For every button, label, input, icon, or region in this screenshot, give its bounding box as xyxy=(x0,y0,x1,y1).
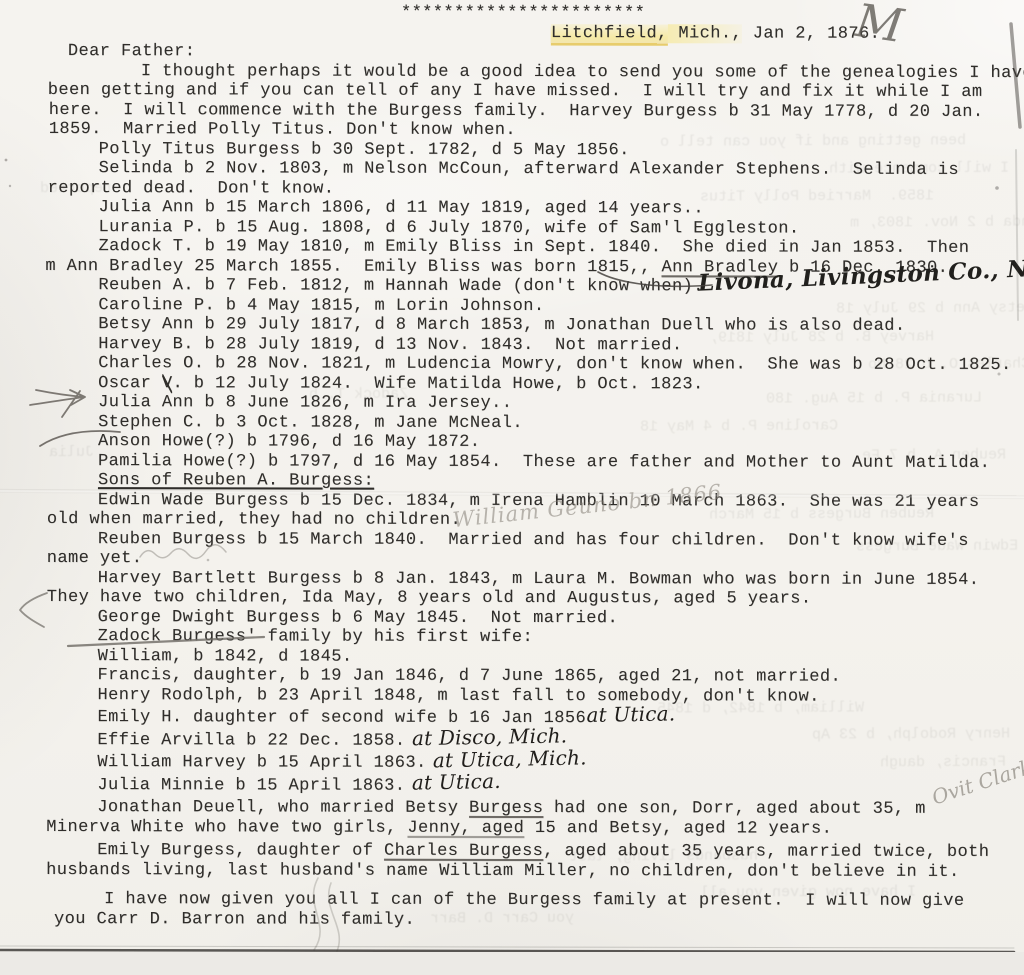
letter-line: William Harvey b 15 April 1863. at Utica… xyxy=(44,750,1023,775)
highlighted-text: Mich., xyxy=(668,24,742,43)
scan-bottom-edge-soft xyxy=(0,946,1014,948)
scan-speck xyxy=(9,185,11,187)
letter-line: William, b 1842, d 1845. xyxy=(45,646,1024,668)
dateline: Litchfield, Mich., Jan 2, 1876. xyxy=(46,22,1024,44)
text-segment: I have now given you all I can of the Bu… xyxy=(104,890,964,911)
letter-line: Harvey B. b 28 July 1819, d 13 Nov. 1843… xyxy=(45,334,1024,356)
letter-line: Francis, daughter, b 19 Jan 1846, d 7 Ju… xyxy=(45,666,1024,688)
letter-line: husbands living, last husband's name Wil… xyxy=(44,860,1023,882)
letter-line: Jonathan Deuell, who married Betsy Burge… xyxy=(44,798,1023,820)
salutation: Dear Father: xyxy=(46,42,1024,64)
letter-line: name yet. xyxy=(45,549,1024,571)
text-segment: Julia Ann b 15 March 1806, d 11 May 1819… xyxy=(99,198,704,218)
scanned-letter-page: been getting and if you can tell ohere. … xyxy=(0,0,1024,975)
text-segment: husbands living, last husband's name Wil… xyxy=(46,860,960,881)
letter-line: Lurania P. b 15 Aug. 1808, d 6 July 1870… xyxy=(45,217,1024,239)
text-segment: Zadock T. b 19 May 1810, m Emily Bliss i… xyxy=(98,237,969,258)
letter-line: Selinda b 2 Nov. 1803, m Nelson McCoun, … xyxy=(46,159,1024,181)
letter-line: reported dead. Don't know. xyxy=(46,178,1024,200)
handwritten-note: at Utica, Mich. xyxy=(426,748,587,771)
scanner-background xyxy=(0,952,1024,975)
handwritten-note: at Disco, Mich. xyxy=(405,726,567,749)
letter-line: Harvey Bartlett Burgess b 8 Jan. 1843, m… xyxy=(45,568,1024,590)
letter-line: They have two children, Ida May, 8 years… xyxy=(45,588,1024,610)
text-segment: m Ann Bradley 25 March 1855. Emily Bliss… xyxy=(45,256,661,276)
text-segment: Polly Titus Burgess b 30 Sept. 1782, d 5… xyxy=(99,140,630,160)
text-segment: I thought perhaps it would be a good ide… xyxy=(141,62,1024,83)
pencil-underlined-text: Charles Burgess xyxy=(384,842,543,861)
struck-letter: V xyxy=(162,374,173,393)
letter-line: George Dwight Burgess b 6 May 1845. Not … xyxy=(45,607,1024,629)
text-segment: *********************** xyxy=(401,4,645,24)
text-segment: Charles O. b 28 Nov. 1821, m Ludencia Mo… xyxy=(98,354,1012,375)
text-segment: Jan 2, 1876. xyxy=(742,24,880,43)
letter-line: Oscar V. b 12 July 1824. Wife Matilda Ho… xyxy=(45,373,1024,395)
text-segment: William Harvey b 15 April 1863. xyxy=(97,753,426,773)
letter-body: ***********************Litchfield, Mich.… xyxy=(44,3,1024,931)
text-segment: 15 and Betsy, aged 12 years. xyxy=(524,818,832,838)
letter-line: 1859. Married Polly Titus. Don't know wh… xyxy=(46,120,1024,142)
section-heading: Zadock Burgess' family by his first wife… xyxy=(45,627,1024,649)
letter-line: Henry Rodolph, b 23 April 1848, m last f… xyxy=(45,685,1024,707)
letter-line: Stephen C. b 3 Oct. 1828, m Jane McNeal. xyxy=(45,412,1024,434)
letter-line: Julia Minnie b 15 April 1863. at Utica. xyxy=(44,772,1023,797)
letter-line: I thought perhaps it would be a good ide… xyxy=(46,61,1024,83)
text-segment: Dear Father: xyxy=(68,42,196,61)
letter-line: Reuben Burgess b 15 March 1840. Married … xyxy=(45,529,1024,551)
text-segment: Emily Burgess, daughter of xyxy=(97,841,384,861)
section-heading: Sons of Reuben A. Burgess: xyxy=(45,471,1024,493)
letter-line: Caroline P. b 4 May 1815, m Lorin Johnso… xyxy=(45,295,1024,317)
text-segment: been getting and if you can tell of any … xyxy=(48,81,983,102)
text-segment: b 16 Dec. 1830. xyxy=(778,258,948,277)
text-segment: old when married, they had no children. xyxy=(47,510,461,530)
letter-line: I have now given you all I can of the Bu… xyxy=(44,890,1023,912)
text-segment: Pamilia Howe(?) b 1797, d 16 May 1854. T… xyxy=(98,452,990,473)
letter-line: Pamilia Howe(?) b 1797, d 16 May 1854. T… xyxy=(45,451,1024,473)
text-segment: , aged about 35 years, married twice, bo… xyxy=(543,842,989,862)
text-segment: Effie Arvilla b 22 Dec. 1858. xyxy=(97,731,405,751)
text-segment: Julia Minnie b 15 April 1863. xyxy=(97,776,405,796)
letter-line: here. I will commence with the Burgess f… xyxy=(46,100,1024,122)
text-segment: George Dwight Burgess b 6 May 1845. Not … xyxy=(98,608,619,628)
letter-line: Anson Howe(?) b 1796, d 16 May 1872. xyxy=(45,432,1024,454)
text-segment: Stephen C. b 3 Oct. 1828, m Jane McNeal. xyxy=(98,413,523,433)
underlined-heading: Sons of Reuben A. Burgess: xyxy=(98,471,374,491)
text-segment: 1859. Married Polly Titus. Don't know wh… xyxy=(49,120,516,140)
letter-line: Julia Ann b 15 March 1806, d 11 May 1819… xyxy=(46,198,1024,220)
text-segment: Selinda b 2 Nov. 1803, m Nelson McCoun, … xyxy=(99,159,959,180)
highlighted-text: Litchfield, xyxy=(551,24,668,43)
pencil-underlined-text: Burgess xyxy=(469,799,543,818)
text-segment: Reuben Burgess b 15 March 1840. Married … xyxy=(98,530,969,551)
pencil-underlined-text: Ann Bradley xyxy=(661,258,778,277)
letter-line: Zadock T. b 19 May 1810, m Emily Bliss i… xyxy=(45,237,1024,259)
text-segment: They have two children, Ida May, 8 years… xyxy=(47,588,812,609)
scan-speck xyxy=(5,159,8,162)
text-segment: William, b 1842, d 1845. xyxy=(98,647,353,667)
text-segment: . b 12 July 1824. Wife Matilda Howe, b O… xyxy=(173,374,704,394)
letter-line: Betsy Ann b 29 July 1817, d 8 March 1853… xyxy=(45,315,1024,337)
text-segment: Anson Howe(?) b 1796, d 16 May 1872. xyxy=(98,432,480,452)
separator-line: *********************** xyxy=(46,3,1024,25)
text-segment: Harvey Bartlett Burgess b 8 Jan. 1843, m… xyxy=(98,569,980,590)
letter-line: Minerva White who have two girls, Jenny,… xyxy=(44,817,1023,839)
text-segment: Francis, daughter, b 19 Jan 1846, d 7 Ju… xyxy=(98,666,842,687)
text-segment: had one son, Dorr, aged about 35, m xyxy=(543,799,925,819)
text-segment: you Carr D. Barron and his family. xyxy=(54,909,415,929)
letter-line: m Ann Bradley 25 March 1855. Emily Bliss… xyxy=(45,256,1024,278)
letter-line: Emily Burgess, daughter of Charles Burge… xyxy=(44,841,1023,863)
text-segment: name yet. xyxy=(47,549,143,568)
text-segment: Henry Rodolph, b 23 April 1848, m last f… xyxy=(98,686,820,707)
text-segment: Lurania P. b 15 Aug. 1808, d 6 July 1870… xyxy=(98,218,799,238)
text-segment: Jonathan Deuell, who married Betsy xyxy=(97,798,469,818)
text-segment: Oscar xyxy=(98,374,162,393)
text-segment: Zadock Burgess' family by his first wife… xyxy=(98,627,534,647)
handwritten-note: at Utica. xyxy=(405,771,501,792)
letter-line: been getting and if you can tell of any … xyxy=(46,81,1024,103)
pencil-arrow-they xyxy=(20,593,47,627)
text-segment: Minerva White who have two girls, xyxy=(46,817,407,837)
letter-line: you Carr D. Barron and his family. xyxy=(44,909,1023,931)
letter-line: Polly Titus Burgess b 30 Sept. 1782, d 5… xyxy=(46,139,1024,161)
letter-line: Edwin Wade Burgess b 15 Dec. 1834, m Ire… xyxy=(45,490,1024,512)
text-segment: Julia Ann b 8 June 1826, m Ira Jersey.. xyxy=(98,393,512,413)
text-segment: Reuben A. b 7 Feb. 1812, m Hannah Wade (… xyxy=(98,276,703,296)
text-segment: Edwin Wade Burgess b 15 Dec. 1834, m Ire… xyxy=(98,491,980,512)
letter-line: Julia Ann b 8 June 1826, m Ira Jersey.. xyxy=(45,393,1024,415)
text-segment: Caroline P. b 4 May 1815, m Lorin Johnso… xyxy=(98,296,544,316)
text-segment: reported dead. Don't know. xyxy=(48,178,335,198)
text-segment: Betsy Ann b 29 July 1817, d 8 March 1853… xyxy=(98,315,905,336)
pencil-underlined-text: Jenny, aged xyxy=(407,818,524,837)
letter-line: Reuben A. b 7 Feb. 1812, m Hannah Wade (… xyxy=(45,276,1024,298)
text-segment: here. I will commence with the Burgess f… xyxy=(49,100,984,121)
handwritten-note: at Utica. xyxy=(586,704,675,725)
letter-line: Charles O. b 28 Nov. 1821, m Ludencia Mo… xyxy=(45,354,1024,376)
letter-line: old when married, they had no children. xyxy=(45,510,1024,532)
text-segment: Harvey B. b 28 July 1819, d 13 Nov. 1843… xyxy=(98,335,682,355)
